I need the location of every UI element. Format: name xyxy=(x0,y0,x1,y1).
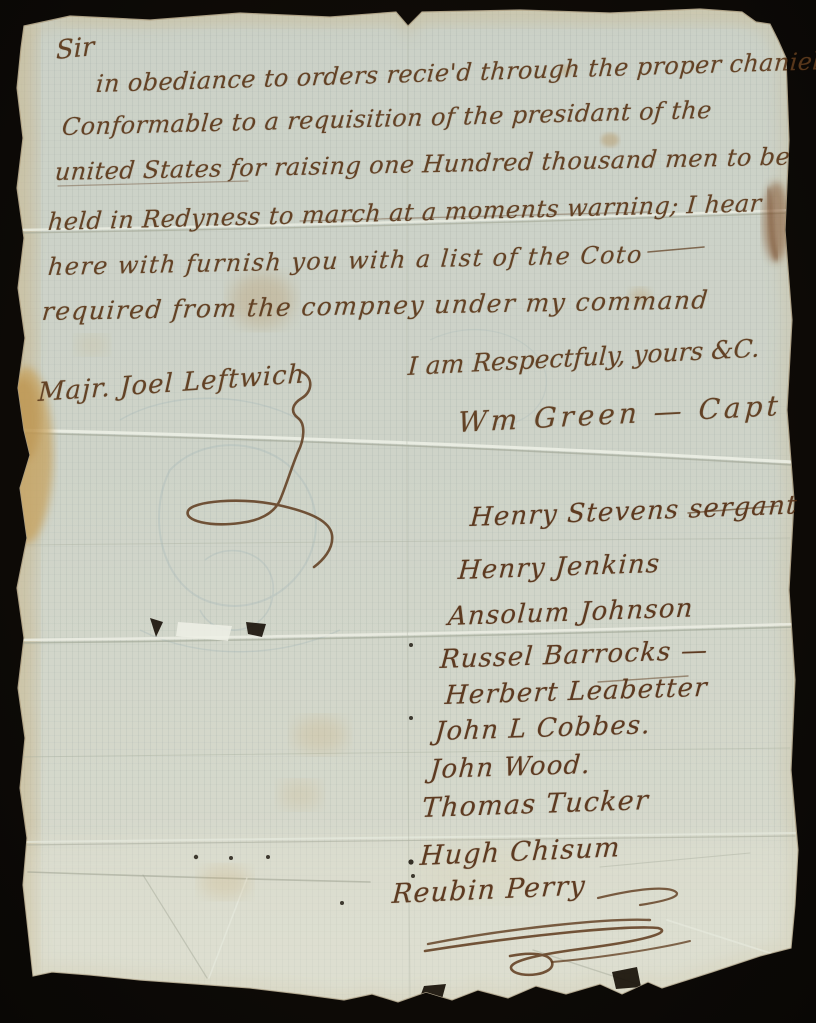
closing-line: I am Respectfuly, yours &C. xyxy=(407,334,760,382)
body-line-2: Conformable to a requisition of the pres… xyxy=(61,96,713,141)
roster-entry-5: Herbert Leabetter xyxy=(444,673,709,711)
roster-entry-2: Henry Jenkins xyxy=(457,549,661,586)
roster-entry-1: Henry Stevens sergant xyxy=(469,490,799,533)
roster-entry-8: Thomas Tucker xyxy=(421,785,650,824)
addressee-line: Majr. Joel Leftwich xyxy=(37,359,305,408)
body-line-6: required from the compney under my comma… xyxy=(41,285,710,326)
roster-entry-4: Russel Barrocks — xyxy=(439,636,709,675)
body-line-3: united States for raising one Hundred th… xyxy=(54,143,792,186)
roster-entry-7: John Wood. xyxy=(429,750,592,785)
scanned-letter-page: Sir in obediance to orders recie'd throu… xyxy=(0,0,816,1023)
roster-entry-6: John L Cobbes. xyxy=(434,710,652,747)
body-line-4: held in Redyness to march at a moments w… xyxy=(47,189,763,236)
roster-entry-3: Ansolum Johnson xyxy=(447,593,695,632)
roster-entry-10: Reubin Perry xyxy=(391,870,587,910)
roster-entry-9: Hugh Chisum xyxy=(419,832,622,872)
body-line-5: here with furnish you with a list of the… xyxy=(47,241,644,282)
salutation: Sir xyxy=(56,32,94,66)
handwriting-layer: Sir in obediance to orders recie'd throu… xyxy=(0,0,816,1023)
signature-line: Wm Green — Capt xyxy=(457,389,783,439)
body-line-1: in obediance to orders recie'd through t… xyxy=(95,47,816,98)
